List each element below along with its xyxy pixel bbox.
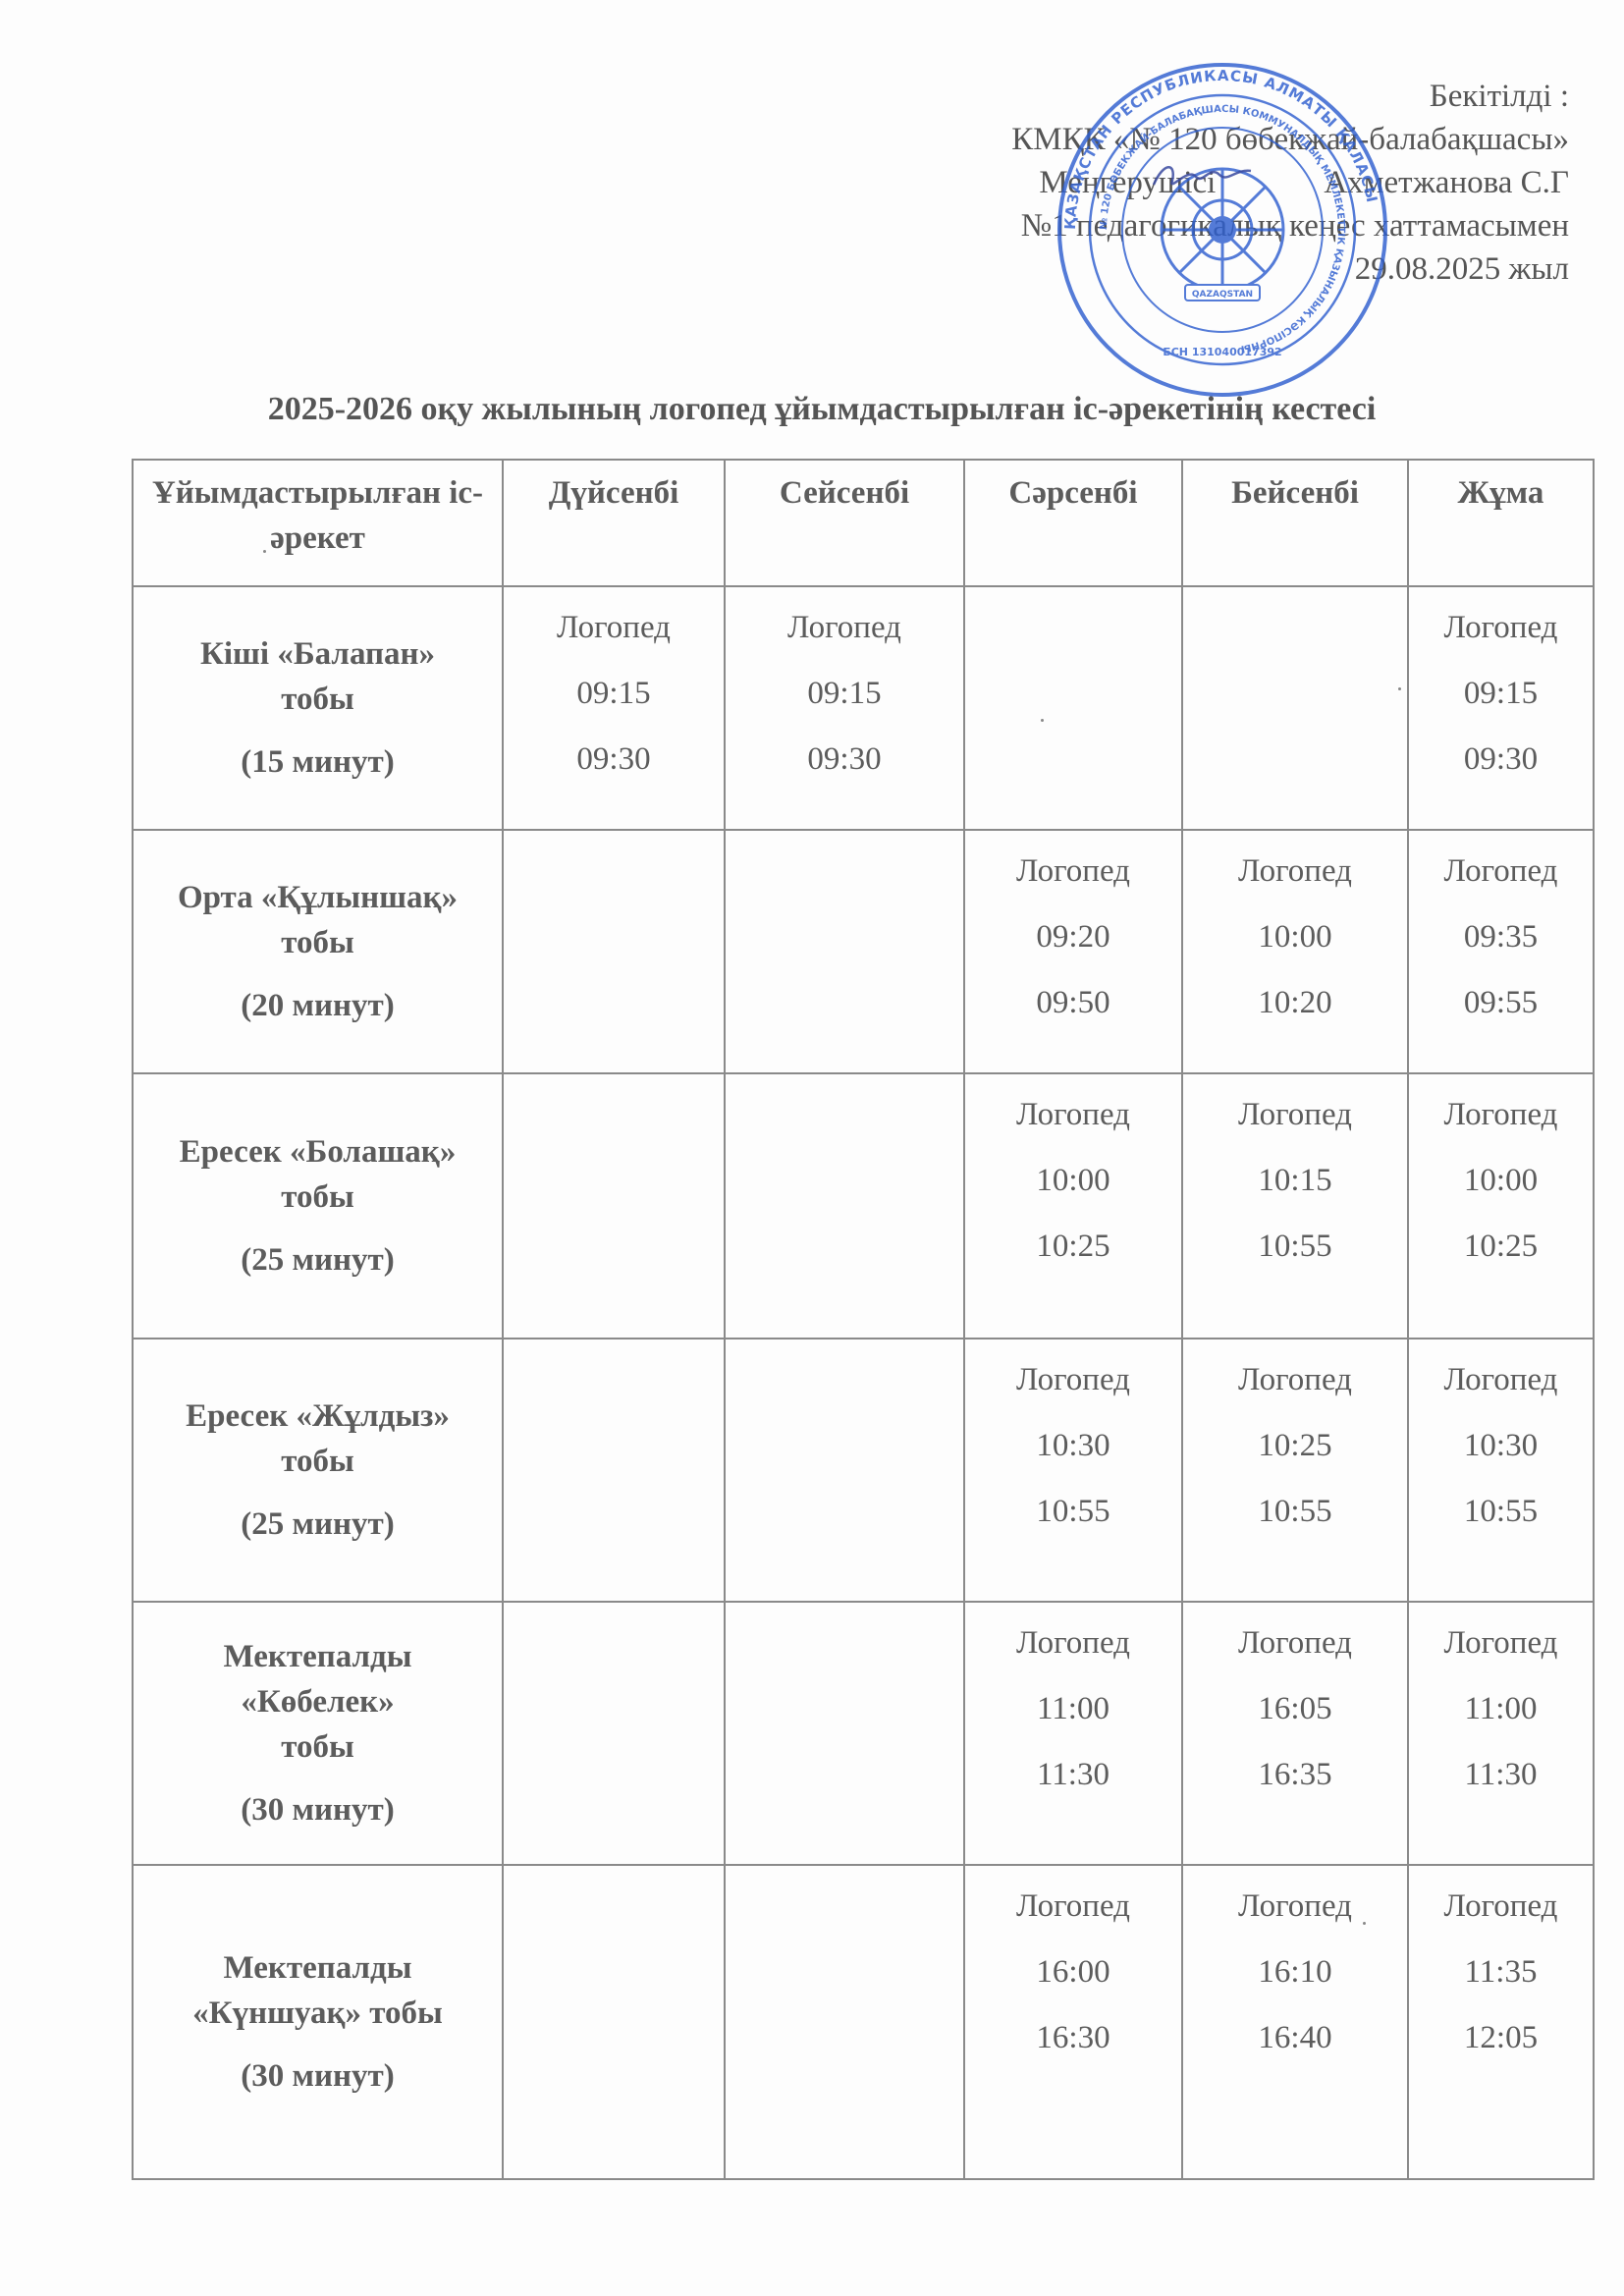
session-start-time: 09:15 [504, 661, 724, 727]
group-cell: Кіші «Балапан»тобы(15 минут) [133, 586, 503, 830]
table-row: Орта «Құлыншақ»тобы(20 минут)Логопед09:2… [133, 830, 1594, 1073]
group-duration: (30 минут) [134, 2053, 502, 2099]
session-end-time: 11:30 [1409, 1742, 1593, 1808]
session-role: Логопед [1183, 839, 1407, 904]
session-cell: Логопед10:0010:20 [1182, 830, 1408, 1073]
group-name-line: тобы [134, 1439, 502, 1484]
session-cell: Логопед10:1510:55 [1182, 1073, 1408, 1339]
session-role: Логопед [965, 1082, 1181, 1148]
session-end-time: 10:55 [1409, 1479, 1593, 1545]
scan-speck [1363, 1922, 1366, 1925]
session-cell: Логопед16:1016:40 [1182, 1865, 1408, 2179]
session-end-time: 09:50 [965, 970, 1181, 1036]
session-start-time: 11:00 [965, 1676, 1181, 1742]
group-name-line: тобы [134, 1175, 502, 1220]
session-role: Логопед [1409, 839, 1593, 904]
session-start-time: 11:35 [1409, 1940, 1593, 2005]
session-end-time: 10:20 [1183, 970, 1407, 1036]
session-cell: Логопед09:1509:30 [1408, 586, 1594, 830]
session-start-time: 10:25 [1183, 1413, 1407, 1479]
session-start-time: 10:30 [965, 1413, 1181, 1479]
session-role: Логопед [965, 1874, 1181, 1940]
empty-cell [503, 830, 725, 1073]
session-start-time: 09:15 [1409, 661, 1593, 727]
session-end-time: 09:30 [726, 727, 963, 793]
session-end-time: 09:30 [1409, 727, 1593, 793]
session-cell: Логопед16:0016:30 [964, 1865, 1182, 2179]
group-duration: (15 минут) [134, 739, 502, 785]
session-start-time: 10:00 [1409, 1148, 1593, 1214]
session-start-time: 16:10 [1183, 1940, 1407, 2005]
session-end-time: 10:25 [965, 1214, 1181, 1280]
group-cell: Ересек «Болашақ»тобы(25 минут) [133, 1073, 503, 1339]
table-row: Ересек «Болашақ»тобы(25 минут)Логопед10:… [133, 1073, 1594, 1339]
session-role: Логопед [965, 1347, 1181, 1413]
session-start-time: 10:00 [965, 1148, 1181, 1214]
group-name-line: Ересек «Болашақ» [134, 1129, 502, 1175]
session-end-time: 09:30 [504, 727, 724, 793]
approval-protocol: №1 педагогикалық кеңес хаттамасымен [1011, 204, 1569, 247]
empty-cell [725, 1865, 964, 2179]
approval-institution: КМҚК «№ 120 бөбекжай-балабақшасы» [1011, 118, 1569, 161]
empty-cell [503, 1865, 725, 2179]
empty-cell [503, 1602, 725, 1865]
session-cell: Логопед11:3512:05 [1408, 1865, 1594, 2179]
session-role: Логопед [726, 595, 963, 661]
group-name-line: тобы [134, 1724, 502, 1770]
table-row: Ересек «Жұлдыз»тобы(25 минут)Логопед10:3… [133, 1339, 1594, 1602]
table-row: Кіші «Балапан»тобы(15 минут)Логопед09:15… [133, 586, 1594, 830]
session-end-time: 12:05 [1409, 2005, 1593, 2071]
session-cell: Логопед11:0011:30 [1408, 1602, 1594, 1865]
group-duration: (25 минут) [134, 1502, 502, 1547]
session-role: Логопед [965, 1611, 1181, 1676]
group-name-line: Мектепалды [134, 1634, 502, 1679]
group-duration: (25 минут) [134, 1237, 502, 1283]
session-cell: Логопед09:1509:30 [503, 586, 725, 830]
table-header-row: Ұйымдастырылған іс-әрекет Дүйсенбі Сейсе… [133, 460, 1594, 586]
header-thursday: Бейсенбі [1182, 460, 1408, 586]
session-role: Логопед [1409, 1082, 1593, 1148]
stamp-center-label: QAZAQSTAN [1192, 290, 1253, 300]
document-title: 2025-2026 оқу жылының логопед ұйымдастыр… [0, 391, 1624, 428]
session-role: Логопед [504, 595, 724, 661]
session-role: Логопед [965, 839, 1181, 904]
empty-cell [725, 1073, 964, 1339]
session-cell: Логопед10:0010:25 [964, 1073, 1182, 1339]
group-cell: Мектепалды«Күншуақ» тобы(30 минут) [133, 1865, 503, 2179]
empty-cell [503, 1073, 725, 1339]
header-tuesday: Сейсенбі [725, 460, 964, 586]
group-name-line: Ересек «Жұлдыз» [134, 1394, 502, 1439]
session-end-time: 16:30 [965, 2005, 1181, 2071]
session-start-time: 10:30 [1409, 1413, 1593, 1479]
group-name-line: тобы [134, 920, 502, 965]
session-cell: Логопед09:3509:55 [1408, 830, 1594, 1073]
scan-speck [1041, 719, 1044, 722]
empty-cell [725, 1602, 964, 1865]
approval-heading: Бекітілді : [1011, 75, 1569, 118]
header-monday: Дүйсенбі [503, 460, 725, 586]
session-start-time: 09:20 [965, 904, 1181, 970]
session-role: Логопед [1409, 1347, 1593, 1413]
group-name-line: Орта «Құлыншақ» [134, 875, 502, 920]
session-end-time: 10:55 [1183, 1214, 1407, 1280]
approval-head-line: МеңгерушісіАхметжанова С.Г [1011, 161, 1569, 204]
stamp-bin: БСН 131040017392 [1163, 346, 1281, 358]
session-start-time: 11:00 [1409, 1676, 1593, 1742]
session-cell: Логопед10:2510:55 [1182, 1339, 1408, 1602]
group-duration: (20 минут) [134, 983, 502, 1028]
session-start-time: 10:15 [1183, 1148, 1407, 1214]
session-end-time: 16:40 [1183, 2005, 1407, 2071]
table-row: Мектепалды«Күншуақ» тобы(30 минут)Логопе… [133, 1865, 1594, 2179]
session-cell: Логопед16:0516:35 [1182, 1602, 1408, 1865]
session-role: Логопед [1183, 1347, 1407, 1413]
session-end-time: 16:35 [1183, 1742, 1407, 1808]
session-role: Логопед [1183, 1082, 1407, 1148]
session-cell: Логопед11:0011:30 [964, 1602, 1182, 1865]
session-cell: Логопед10:3010:55 [1408, 1339, 1594, 1602]
table-row: Мектепалды«Көбелек»тобы(30 минут)Логопед… [133, 1602, 1594, 1865]
session-start-time: 10:00 [1183, 904, 1407, 970]
group-cell: Ересек «Жұлдыз»тобы(25 минут) [133, 1339, 503, 1602]
empty-cell [725, 1339, 964, 1602]
approval-head-name: Ахметжанова С.Г [1324, 165, 1569, 200]
session-cell: Логопед09:2009:50 [964, 830, 1182, 1073]
session-role: Логопед [1409, 1611, 1593, 1676]
session-end-time: 10:25 [1409, 1214, 1593, 1280]
session-end-time: 11:30 [965, 1742, 1181, 1808]
empty-cell [1182, 586, 1408, 830]
session-start-time: 09:35 [1409, 904, 1593, 970]
session-end-time: 10:55 [1183, 1479, 1407, 1545]
scan-speck [1398, 687, 1401, 690]
schedule-table: Ұйымдастырылған іс-әрекет Дүйсенбі Сейсе… [132, 459, 1595, 2180]
group-name-line: тобы [134, 677, 502, 722]
group-duration: (30 минут) [134, 1787, 502, 1832]
session-start-time: 16:00 [965, 1940, 1181, 2005]
group-name-line: Кіші «Балапан» [134, 631, 502, 677]
group-cell: Орта «Құлыншақ»тобы(20 минут) [133, 830, 503, 1073]
approval-date: 29.08.2025 жыл [1011, 247, 1569, 291]
group-name-line: Мектепалды [134, 1945, 502, 1991]
session-cell: Логопед10:0010:25 [1408, 1073, 1594, 1339]
group-cell: Мектепалды«Көбелек»тобы(30 минут) [133, 1602, 503, 1865]
session-start-time: 09:15 [726, 661, 963, 727]
session-role: Логопед [1183, 1874, 1407, 1940]
session-end-time: 10:55 [965, 1479, 1181, 1545]
header-wednesday: Сәрсенбі [964, 460, 1182, 586]
session-role: Логопед [1409, 1874, 1593, 1940]
session-cell: Логопед09:1509:30 [725, 586, 964, 830]
signature-icon [1149, 157, 1257, 196]
group-name-line: «Күншуақ» тобы [134, 1991, 502, 2036]
session-end-time: 09:55 [1409, 970, 1593, 1036]
session-start-time: 16:05 [1183, 1676, 1407, 1742]
empty-cell [964, 586, 1182, 830]
scan-speck [263, 550, 266, 553]
session-cell: Логопед10:3010:55 [964, 1339, 1182, 1602]
header-activity: Ұйымдастырылған іс-әрекет [133, 460, 503, 586]
approval-block: Бекітілді : КМҚК «№ 120 бөбекжай-балабақ… [1011, 75, 1569, 291]
session-role: Логопед [1183, 1611, 1407, 1676]
group-name-line: «Көбелек» [134, 1679, 502, 1724]
header-friday: Жұма [1408, 460, 1594, 586]
empty-cell [503, 1339, 725, 1602]
document-page: Бекітілді : КМҚК «№ 120 бөбекжай-балабақ… [0, 0, 1624, 2296]
empty-cell [725, 830, 964, 1073]
session-role: Логопед [1409, 595, 1593, 661]
